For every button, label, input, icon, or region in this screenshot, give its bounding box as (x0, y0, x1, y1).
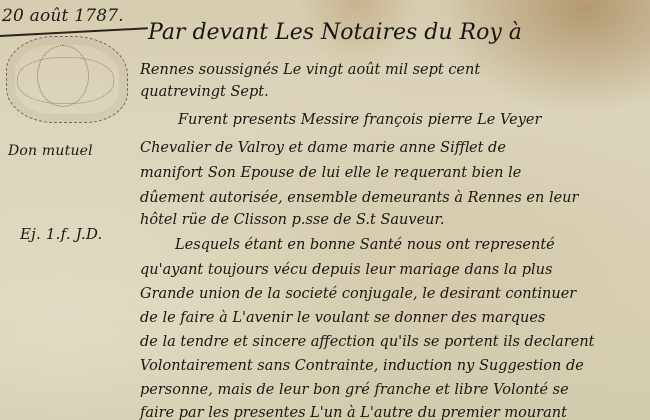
text-line-0: Par devant Les Notaires du Roy à (148, 20, 522, 45)
text-line-4: Chevalier de Valroy et dame marie anne S… (140, 140, 506, 156)
text-line-3: Furent presents Messire françois pierre … (178, 112, 541, 128)
text-line-15: faire par les presentes L'un à L'autre d… (140, 405, 567, 420)
text-line-9: qu'ayant toujours vécu depuis leur maria… (140, 262, 552, 278)
text-line-8: Lesquels étant en bonne Santé nous ont r… (175, 237, 555, 253)
text-line-13: Volontairement sans Contrainte, inductio… (140, 358, 584, 374)
header-date: 20 août 1787. (2, 6, 124, 26)
margin-note: Don mutuel (8, 143, 93, 159)
text-line-7: hôtel rüe de Clisson p.sse de S.t Sauveu… (140, 212, 444, 228)
text-line-14: personne, mais de leur bon gré franche e… (140, 382, 569, 398)
text-line-10: Grande union de la societé conjugale, le… (140, 286, 576, 302)
text-line-5: manifort Son Epouse de lui elle le reque… (140, 165, 521, 181)
text-line-11: de le faire à L'avenir le voulant se don… (140, 310, 545, 326)
text-line-2: quatrevingt Sept. (140, 84, 269, 100)
tax-stamp-seal-icon (6, 36, 128, 123)
text-line-6: dûement autorisée, ensemble demeurants à… (140, 190, 578, 206)
margin-paraph: Ej. 1.f. J.D. (20, 225, 102, 243)
text-line-12: de la tendre et sincere affection qu'ils… (140, 334, 595, 350)
text-line-1: Rennes soussignés Le vingt août mil sept… (140, 62, 480, 78)
